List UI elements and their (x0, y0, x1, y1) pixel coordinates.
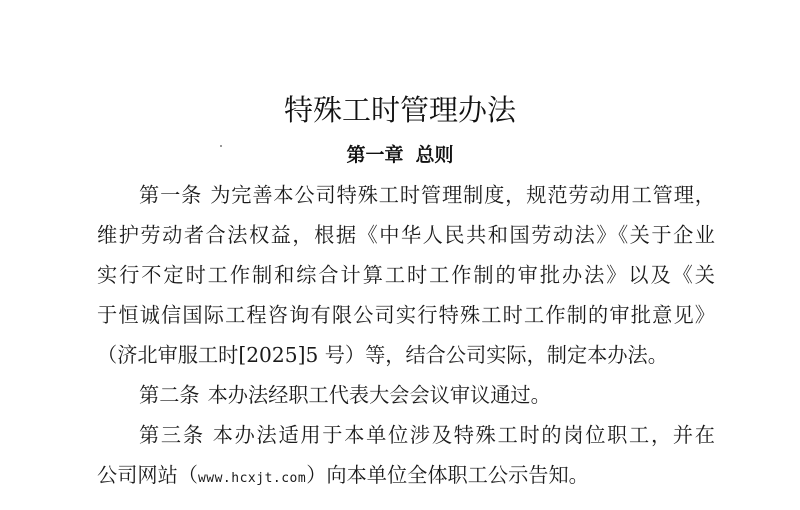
company-website-url: www.hcxjt.com (198, 471, 306, 486)
article-line: 实行不定时工作制和综合计算工时工作制的审批办法》以及《关 (97, 255, 715, 295)
article-3: 第三条本办法适用于本单位涉及特殊工时的岗位职工，并在 公司网站（www.hcxj… (97, 415, 715, 495)
article-number: 第二条 (139, 383, 200, 407)
article-line: 维护劳动者合法权益，根据《中华人民共和国劳动法》《关于企业 (97, 215, 715, 255)
article-text: 本办法经职工代表大会会议审议通过。 (208, 383, 551, 407)
document-body: 第一条为完善本公司特殊工时管理制度，规范劳动用工管理， 维护劳动者合法权益，根据… (97, 175, 715, 495)
article-text: ）向本单位全体职工公示告知。 (306, 463, 589, 487)
article-line: 第二条本办法经职工代表大会会议审议通过。 (97, 375, 715, 415)
chapter-name: 总则 (416, 144, 454, 166)
document-page: 特殊工时管理办法 第一章总则 第一条为完善本公司特殊工时管理制度，规范劳动用工管… (0, 0, 800, 510)
article-text: 本办法适用于本单位涉及特殊工时的岗位职工，并在 (213, 423, 715, 447)
article-text: 公司网站（ (97, 463, 198, 487)
article-1: 第一条为完善本公司特殊工时管理制度，规范劳动用工管理， 维护劳动者合法权益，根据… (97, 175, 715, 375)
chapter-heading: 第一章总则 (0, 142, 800, 168)
document-title: 特殊工时管理办法 (0, 92, 800, 128)
article-number: 第一条 (139, 183, 202, 207)
article-number: 第三条 (139, 423, 205, 447)
article-text: 为完善本公司特殊工时管理制度，规范劳动用工管理， (210, 183, 715, 207)
article-line: 第一条为完善本公司特殊工时管理制度，规范劳动用工管理， (97, 175, 715, 215)
article-line: 于恒诚信国际工程咨询有限公司实行特殊工时工作制的审批意见》 (97, 295, 715, 335)
article-line: 公司网站（www.hcxjt.com）向本单位全体职工公示告知。 (97, 455, 715, 495)
article-line: （济北审服工时[2025]5 号）等，结合公司实际，制定本办法。 (97, 335, 715, 375)
chapter-number: 第一章 (346, 144, 403, 166)
article-2: 第二条本办法经职工代表大会会议审议通过。 (97, 375, 715, 415)
article-line: 第三条本办法适用于本单位涉及特殊工时的岗位职工，并在 (97, 415, 715, 455)
